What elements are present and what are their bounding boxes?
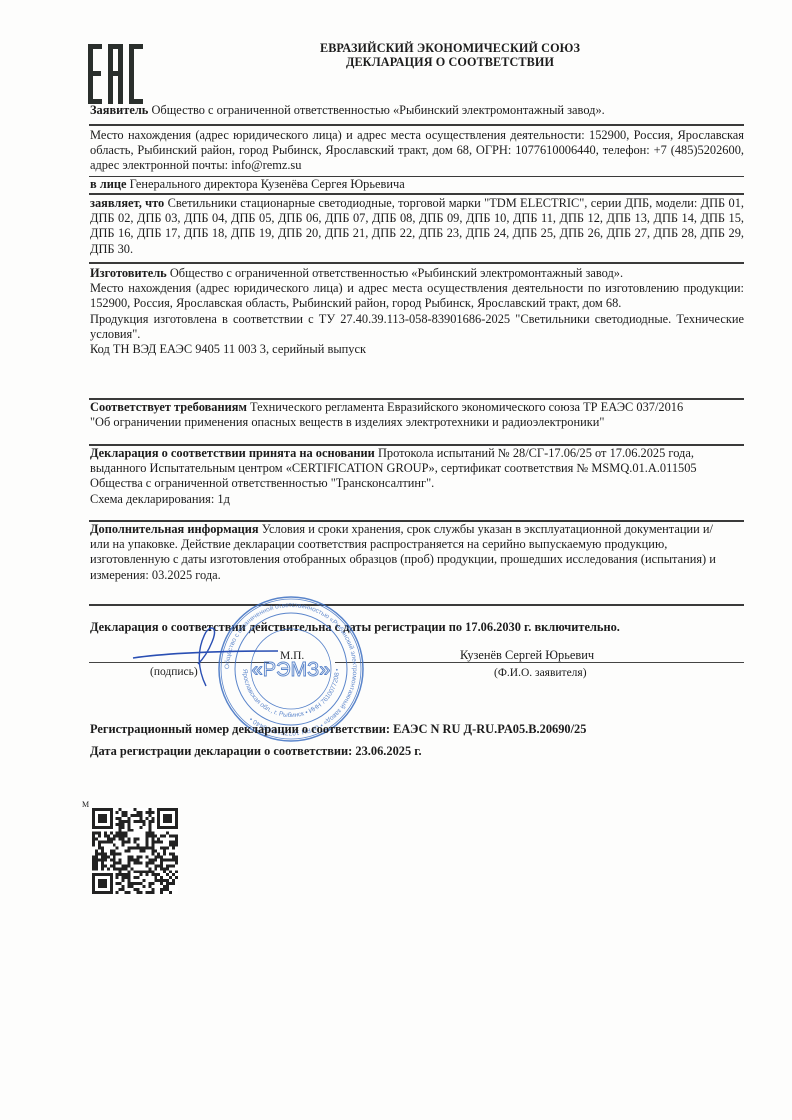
signatory-caption: (Ф.И.О. заявителя): [494, 667, 587, 679]
divider: [89, 124, 744, 126]
document-header: ЕВРАЗИЙСКИЙ ЭКОНОМИЧЕСКИЙ СОЮЗ ДЕКЛАРАЦИ…: [290, 41, 610, 69]
product-description: Светильники стационарные светодиодные, т…: [90, 196, 744, 256]
manufacturer-address: Место нахождения (адрес юридического лиц…: [90, 281, 744, 311]
manufacturer-name: Общество с ограниченной ответственностью…: [170, 266, 623, 280]
technical-spec: Продукция изготовлена в соответствии с Т…: [90, 312, 744, 342]
basis-section: Декларация о соответствии принята на осн…: [90, 446, 730, 507]
applicant-address: Место нахождения (адрес юридического лиц…: [90, 128, 744, 174]
divider: [89, 262, 744, 264]
applicant-representative: в лице Генерального директора Кузенёва С…: [90, 177, 744, 192]
registration-number: Регистрационный номер декларации о соотв…: [90, 722, 744, 737]
customs-code: Код ТН ВЭД ЕАЭС 9405 11 003 3, серийный …: [90, 342, 744, 357]
manufacturer-label: Изготовитель: [90, 266, 167, 280]
representative-name: Генерального директора Кузенёва Сергея Ю…: [130, 177, 405, 191]
union-name: ЕВРАЗИЙСКИЙ ЭКОНОМИЧЕСКИЙ СОЮЗ: [290, 41, 610, 55]
qr-label: М: [82, 800, 89, 809]
signature: [128, 620, 288, 690]
applicant-name: Общество с ограниченной ответственностью…: [151, 103, 604, 117]
declares-label: заявляет, что: [90, 196, 164, 210]
eac-logo: [88, 44, 144, 104]
declares-section: заявляет, что Светильники стационарные с…: [90, 196, 744, 257]
declaration-scheme: Схема декларирования: 1д: [90, 492, 730, 507]
applicant-label: Заявитель: [90, 103, 148, 117]
signatory-name: Кузенёв Сергей Юрьевич: [460, 648, 594, 663]
divider: [89, 193, 744, 195]
divider: [89, 604, 744, 606]
additional-info-label: Дополнительная информация: [90, 522, 259, 536]
qr-code: [92, 808, 178, 894]
basis-label: Декларация о соответствии принята на осн…: [90, 446, 375, 460]
representative-label: в лице: [90, 177, 127, 191]
additional-info-section: Дополнительная информация Условия и срок…: [90, 522, 730, 583]
document-title: ДЕКЛАРАЦИЯ О СООТВЕТСТВИИ: [290, 55, 610, 69]
conformity-section: Соответствует требованиям Технического р…: [90, 400, 690, 430]
registration-date: Дата регистрации декларации о соответств…: [90, 744, 744, 759]
manufacturer-section: Изготовитель Общество с ограниченной отв…: [90, 266, 744, 357]
applicant-section: Заявитель Общество с ограниченной ответс…: [90, 103, 744, 118]
conformity-label: Соответствует требованиям: [90, 400, 247, 414]
